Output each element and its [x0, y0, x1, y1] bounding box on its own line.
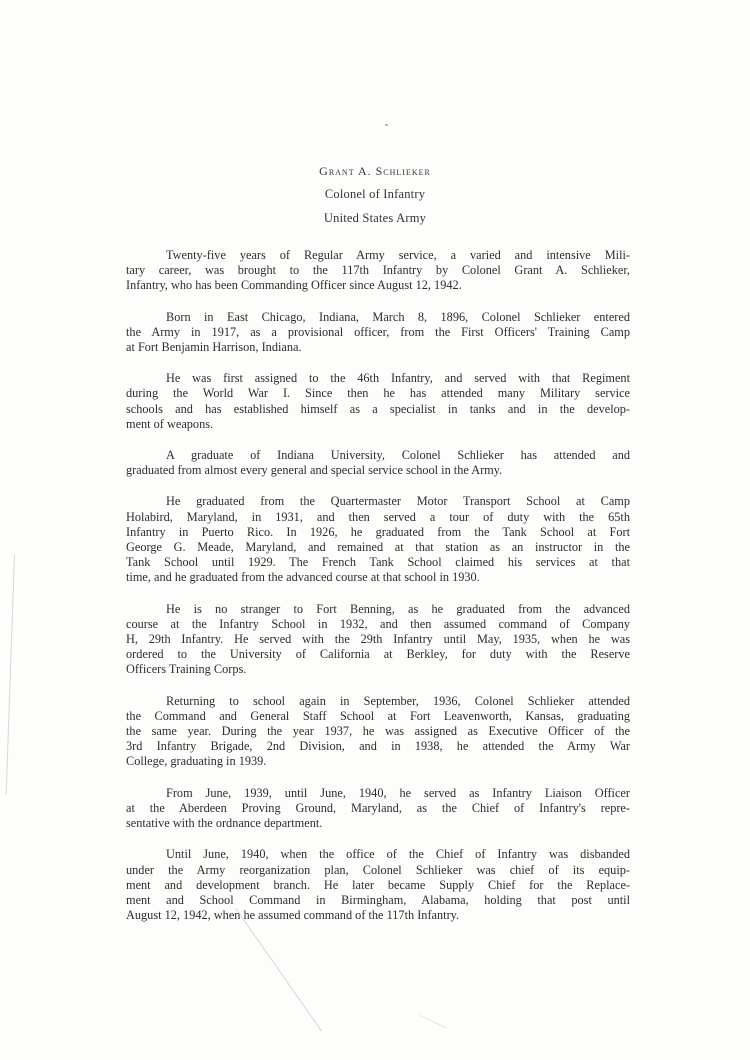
biography-paragraph: He graduated from the Quartermaster Moto… [126, 494, 630, 585]
paragraph-line: August 12, 1942, when he assumed command… [126, 908, 630, 923]
biography-paragraph: He was first assigned to the 46th Infant… [126, 371, 630, 432]
paragraph-line: ment and development branch. He later be… [126, 878, 630, 893]
paragraph-line: Officers Training Corps. [126, 662, 630, 677]
paragraph-line: ordered to the University of California … [126, 647, 630, 662]
paragraph-line: schools and has established himself as a… [126, 402, 630, 417]
paragraph-line: under the Army reorganization plan, Colo… [126, 863, 630, 878]
paragraph-line: Tank School until 1929. The French Tank … [126, 555, 630, 570]
paragraph-line: at the Aberdeen Proving Ground, Maryland… [126, 801, 630, 816]
paragraph-line: ment of weapons. [126, 417, 630, 432]
document-page: Grant A. Schlieker Colonel of Infantry U… [0, 0, 750, 1060]
biography-paragraph: Born in East Chicago, Indiana, March 8, … [126, 310, 630, 356]
biography-body: Twenty-five years of Regular Army servic… [126, 248, 630, 939]
paragraph-line: A graduate of Indiana University, Colone… [126, 448, 630, 463]
paragraph-line: sentative with the ordnance department. [126, 816, 630, 831]
paragraph-line: the Command and General Staff School at … [126, 709, 630, 724]
paragraph-line: the Army in 1917, as a provisional offic… [126, 325, 630, 340]
paragraph-line: tary career, was brought to the 117th In… [126, 263, 630, 278]
paragraph-line: Born in East Chicago, Indiana, March 8, … [126, 310, 630, 325]
paragraph-line: He graduated from the Quartermaster Moto… [126, 494, 630, 509]
paragraph-line: Infantry, who has been Commanding Office… [126, 278, 630, 293]
paragraph-line: From June, 1939, until June, 1940, he se… [126, 786, 630, 801]
paragraph-line: 3rd Infantry Brigade, 2nd Division, and … [126, 739, 630, 754]
paragraph-line: Until June, 1940, when the office of the… [126, 847, 630, 862]
paragraph-line: ment and School Command in Birmingham, A… [126, 893, 630, 908]
paragraph-line: He was first assigned to the 46th Infant… [126, 371, 630, 386]
paragraph-line: graduated from almost every general and … [126, 463, 630, 478]
subject-rank: Colonel of Infantry [0, 187, 750, 202]
biography-paragraph: Until June, 1940, when the office of the… [126, 847, 630, 923]
paragraph-line: Returning to school again in September, … [126, 694, 630, 709]
scan-artifact-streak [420, 1015, 448, 1029]
paragraph-line: at Fort Benjamin Harrison, Indiana. [126, 340, 630, 355]
paragraph-line: H, 29th Infantry. He served with the 29t… [126, 632, 630, 647]
paragraph-line: during the World War I. Since then he ha… [126, 386, 630, 401]
paragraph-line: George G. Meade, Maryland, and remained … [126, 540, 630, 555]
subject-name: Grant A. Schlieker [0, 164, 750, 179]
paragraph-line: the same year. During the year 1937, he … [126, 724, 630, 739]
paragraph-line: Holabird, Maryland, in 1931, and then se… [126, 510, 630, 525]
paragraph-line: College, graduating in 1939. [126, 754, 630, 769]
biography-paragraph: A graduate of Indiana University, Colone… [126, 448, 630, 478]
biography-paragraph: Twenty-five years of Regular Army servic… [126, 248, 630, 294]
scan-speck [385, 124, 388, 126]
scan-artifact-left-edge [6, 555, 15, 795]
subject-branch: United States Army [0, 211, 750, 226]
biography-paragraph: Returning to school again in September, … [126, 694, 630, 770]
biography-paragraph: He is no stranger to Fort Benning, as he… [126, 602, 630, 678]
biography-paragraph: From June, 1939, until June, 1940, he se… [126, 786, 630, 832]
paragraph-line: Twenty-five years of Regular Army servic… [126, 248, 630, 263]
paragraph-line: course at the Infantry School in 1932, a… [126, 617, 630, 632]
paragraph-line: Infantry in Puerto Rico. In 1926, he gra… [126, 525, 630, 540]
paragraph-line: time, and he graduated from the advanced… [126, 570, 630, 585]
paragraph-line: He is no stranger to Fort Benning, as he… [126, 602, 630, 617]
